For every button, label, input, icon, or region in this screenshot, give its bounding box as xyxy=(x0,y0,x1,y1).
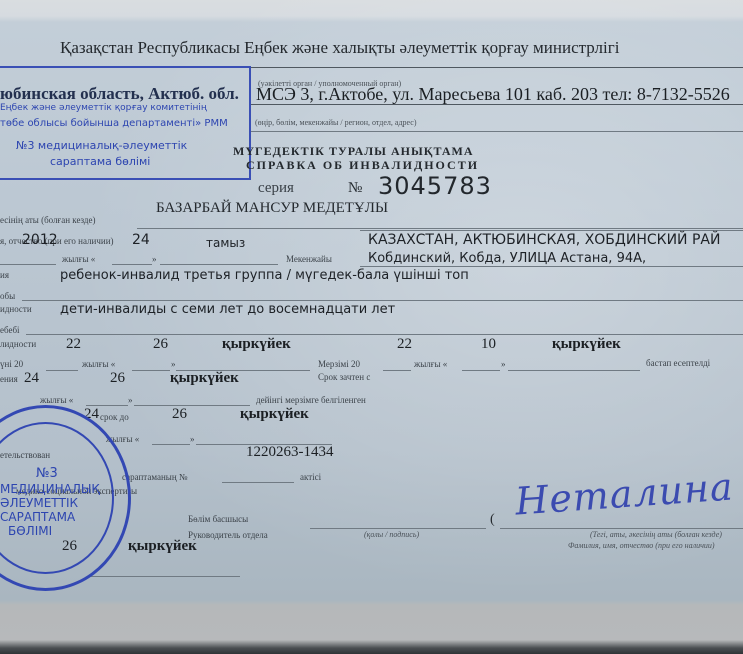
dob-month-rule xyxy=(160,264,278,265)
act-label: сараптаманың № xyxy=(122,472,187,482)
seal-line-1: МЕДИЦИНАЛЫҚ xyxy=(0,482,100,496)
issuer-line: МСЭ 3, г.Актобе, ул. Маресьева 101 каб. … xyxy=(256,84,730,105)
stamp-line-unit: №3 медициналық-әлеуметтік xyxy=(16,139,187,152)
disability-year: 22 xyxy=(66,336,81,353)
name-caption-kz: (Тегі, аты, әкесінің аты (болған кезде) xyxy=(590,530,722,539)
signature-caption: (қолы / подпись) xyxy=(364,530,419,539)
exam-quote-close: » xyxy=(171,359,176,369)
issuer-rule xyxy=(250,104,743,105)
stamp-line-unit-2: сараптама бөлімі xyxy=(50,155,150,168)
term-day-rule xyxy=(462,370,500,371)
until-label: дейінгі мерзімге белгіленген xyxy=(256,395,366,405)
disability-group: ребенок-инвалид третья группа / мүгедек-… xyxy=(60,268,469,283)
ministry-title: Қазақстан Республикасы Еңбек және халықт… xyxy=(60,38,619,58)
dob-day-rule xyxy=(112,264,152,265)
group-label: ия xyxy=(0,270,9,280)
patronymic-rule xyxy=(137,228,743,229)
cert-day-rule xyxy=(152,444,190,445)
region-caption: (өңір, бөлім, мекенжайы / регион, отдел,… xyxy=(255,118,416,127)
dob-year: 2012 xyxy=(22,232,58,248)
exam-year-label: жылғы « xyxy=(82,359,115,369)
address-rule xyxy=(360,266,743,267)
until-quote-close: » xyxy=(128,395,133,405)
dob-month: тамыз xyxy=(206,236,245,250)
seal-line-2: ӘЛЕУМЕТТІК xyxy=(0,496,78,510)
cause-label-ru: идности xyxy=(0,304,32,314)
dob-year-rule xyxy=(0,264,56,265)
dob-day: 24 xyxy=(132,232,150,248)
exam-day-rule xyxy=(132,370,170,371)
region-rule xyxy=(250,131,743,132)
number-sign: № xyxy=(348,180,362,197)
title-kz: МҮГЕДЕКТІК ТУРАЛЫ АНЫҚТАМА xyxy=(233,144,474,159)
issue-rule xyxy=(90,576,240,577)
act-number-rule xyxy=(222,482,294,483)
term-label-ru: Срок зачтен с xyxy=(318,372,370,382)
title-ru: СПРАВКА ОБ ИНВАЛИДНОСТИ xyxy=(246,158,479,173)
term-label-kz: Мерзімі 20 xyxy=(318,359,360,369)
until-year-label: жылғы « xyxy=(40,395,73,405)
address-line-2: Кобдинский, Кобда, УЛИЦА Астана, 94А, xyxy=(368,251,646,266)
year-label: жылғы « xyxy=(62,254,95,264)
certificate-number-value: 1220263-1434 xyxy=(246,444,334,461)
reason-label: ебебі xyxy=(0,325,20,335)
name-rule xyxy=(500,528,743,529)
address-top-rule xyxy=(360,230,743,231)
term-month-rule xyxy=(508,370,640,371)
until-day: 26 xyxy=(172,406,187,423)
holder-name: БАЗАРБАЙ МАНСУР МЕДЕТҰЛЫ xyxy=(156,200,388,217)
address-line-1: КАЗАХСТАН, АКТЮБИНСКАЯ, ХОБДИНСКИЙ РАЙ xyxy=(368,232,720,248)
head-label-kz: Бөлім басшысы xyxy=(188,514,248,524)
quote-close: » xyxy=(152,254,157,264)
head-label-ru: Руководитель отдела xyxy=(188,530,268,540)
disability-date-label: лидности xyxy=(0,339,36,349)
counted-from-label: бастап есептелді xyxy=(646,358,710,368)
term-year-rule xyxy=(383,370,411,371)
act-suffix: актісі xyxy=(300,472,321,482)
term-year-label: жылғы « xyxy=(414,359,447,369)
disability-certificate: Қазақстан Республикасы Еңбек және халықт… xyxy=(0,0,743,654)
disability-cause: дети-инвалиды с семи лет до восемнадцати… xyxy=(60,302,395,317)
disability-day: 26 xyxy=(153,336,168,353)
disability-month: қыркүйек xyxy=(222,336,291,353)
until-label-ru: срок до xyxy=(100,412,129,422)
patronymic-label: есінің аты (болған кезде) xyxy=(0,215,96,225)
head-signature: Неталина xyxy=(514,464,735,523)
stamp-line-committee: Еңбек және әлеуметтік қорғау комитетінің xyxy=(0,103,207,113)
signature-rule xyxy=(310,528,486,529)
issue-month: қыркүйек xyxy=(128,538,197,555)
until-month: қыркүйек xyxy=(240,406,309,423)
seal-number: №3 xyxy=(36,466,58,481)
exam-month: қыркүйек xyxy=(170,370,239,387)
cause-label-kz: обы xyxy=(0,291,15,301)
exam-year: 24 xyxy=(24,370,39,387)
term-quote-close: » xyxy=(501,359,506,369)
cert-quote-close: » xyxy=(190,434,195,444)
certificate-number: 3045783 xyxy=(378,172,492,200)
address-label: Мекенжайы xyxy=(286,254,332,264)
cause-rule xyxy=(22,300,743,301)
until-month-rule xyxy=(134,405,250,406)
seal-line-3: САРАПТАМА xyxy=(0,510,75,524)
term-year: 22 xyxy=(397,336,412,353)
series-label: серия xyxy=(258,180,294,197)
name-caption-ru: Фамилия, имя, отчество (при его наличии) xyxy=(568,541,715,550)
stamp-line-department: төбе облысы бойынша департаменті» РММ xyxy=(0,118,228,129)
exam-year-rule xyxy=(46,370,78,371)
reason-rule xyxy=(26,334,743,335)
exam-label-ru: ения xyxy=(0,374,18,384)
stamp-region: юбинская область, Актюб. обл. xyxy=(0,84,239,104)
exam-label-kz: үні 20 xyxy=(0,359,23,369)
exam-day: 26 xyxy=(110,370,125,387)
paren-open: ( xyxy=(490,512,495,528)
term-day: 10 xyxy=(481,336,496,353)
seal-line-4: БӨЛІМІ xyxy=(8,524,52,538)
term-month: қыркүйек xyxy=(552,336,621,353)
